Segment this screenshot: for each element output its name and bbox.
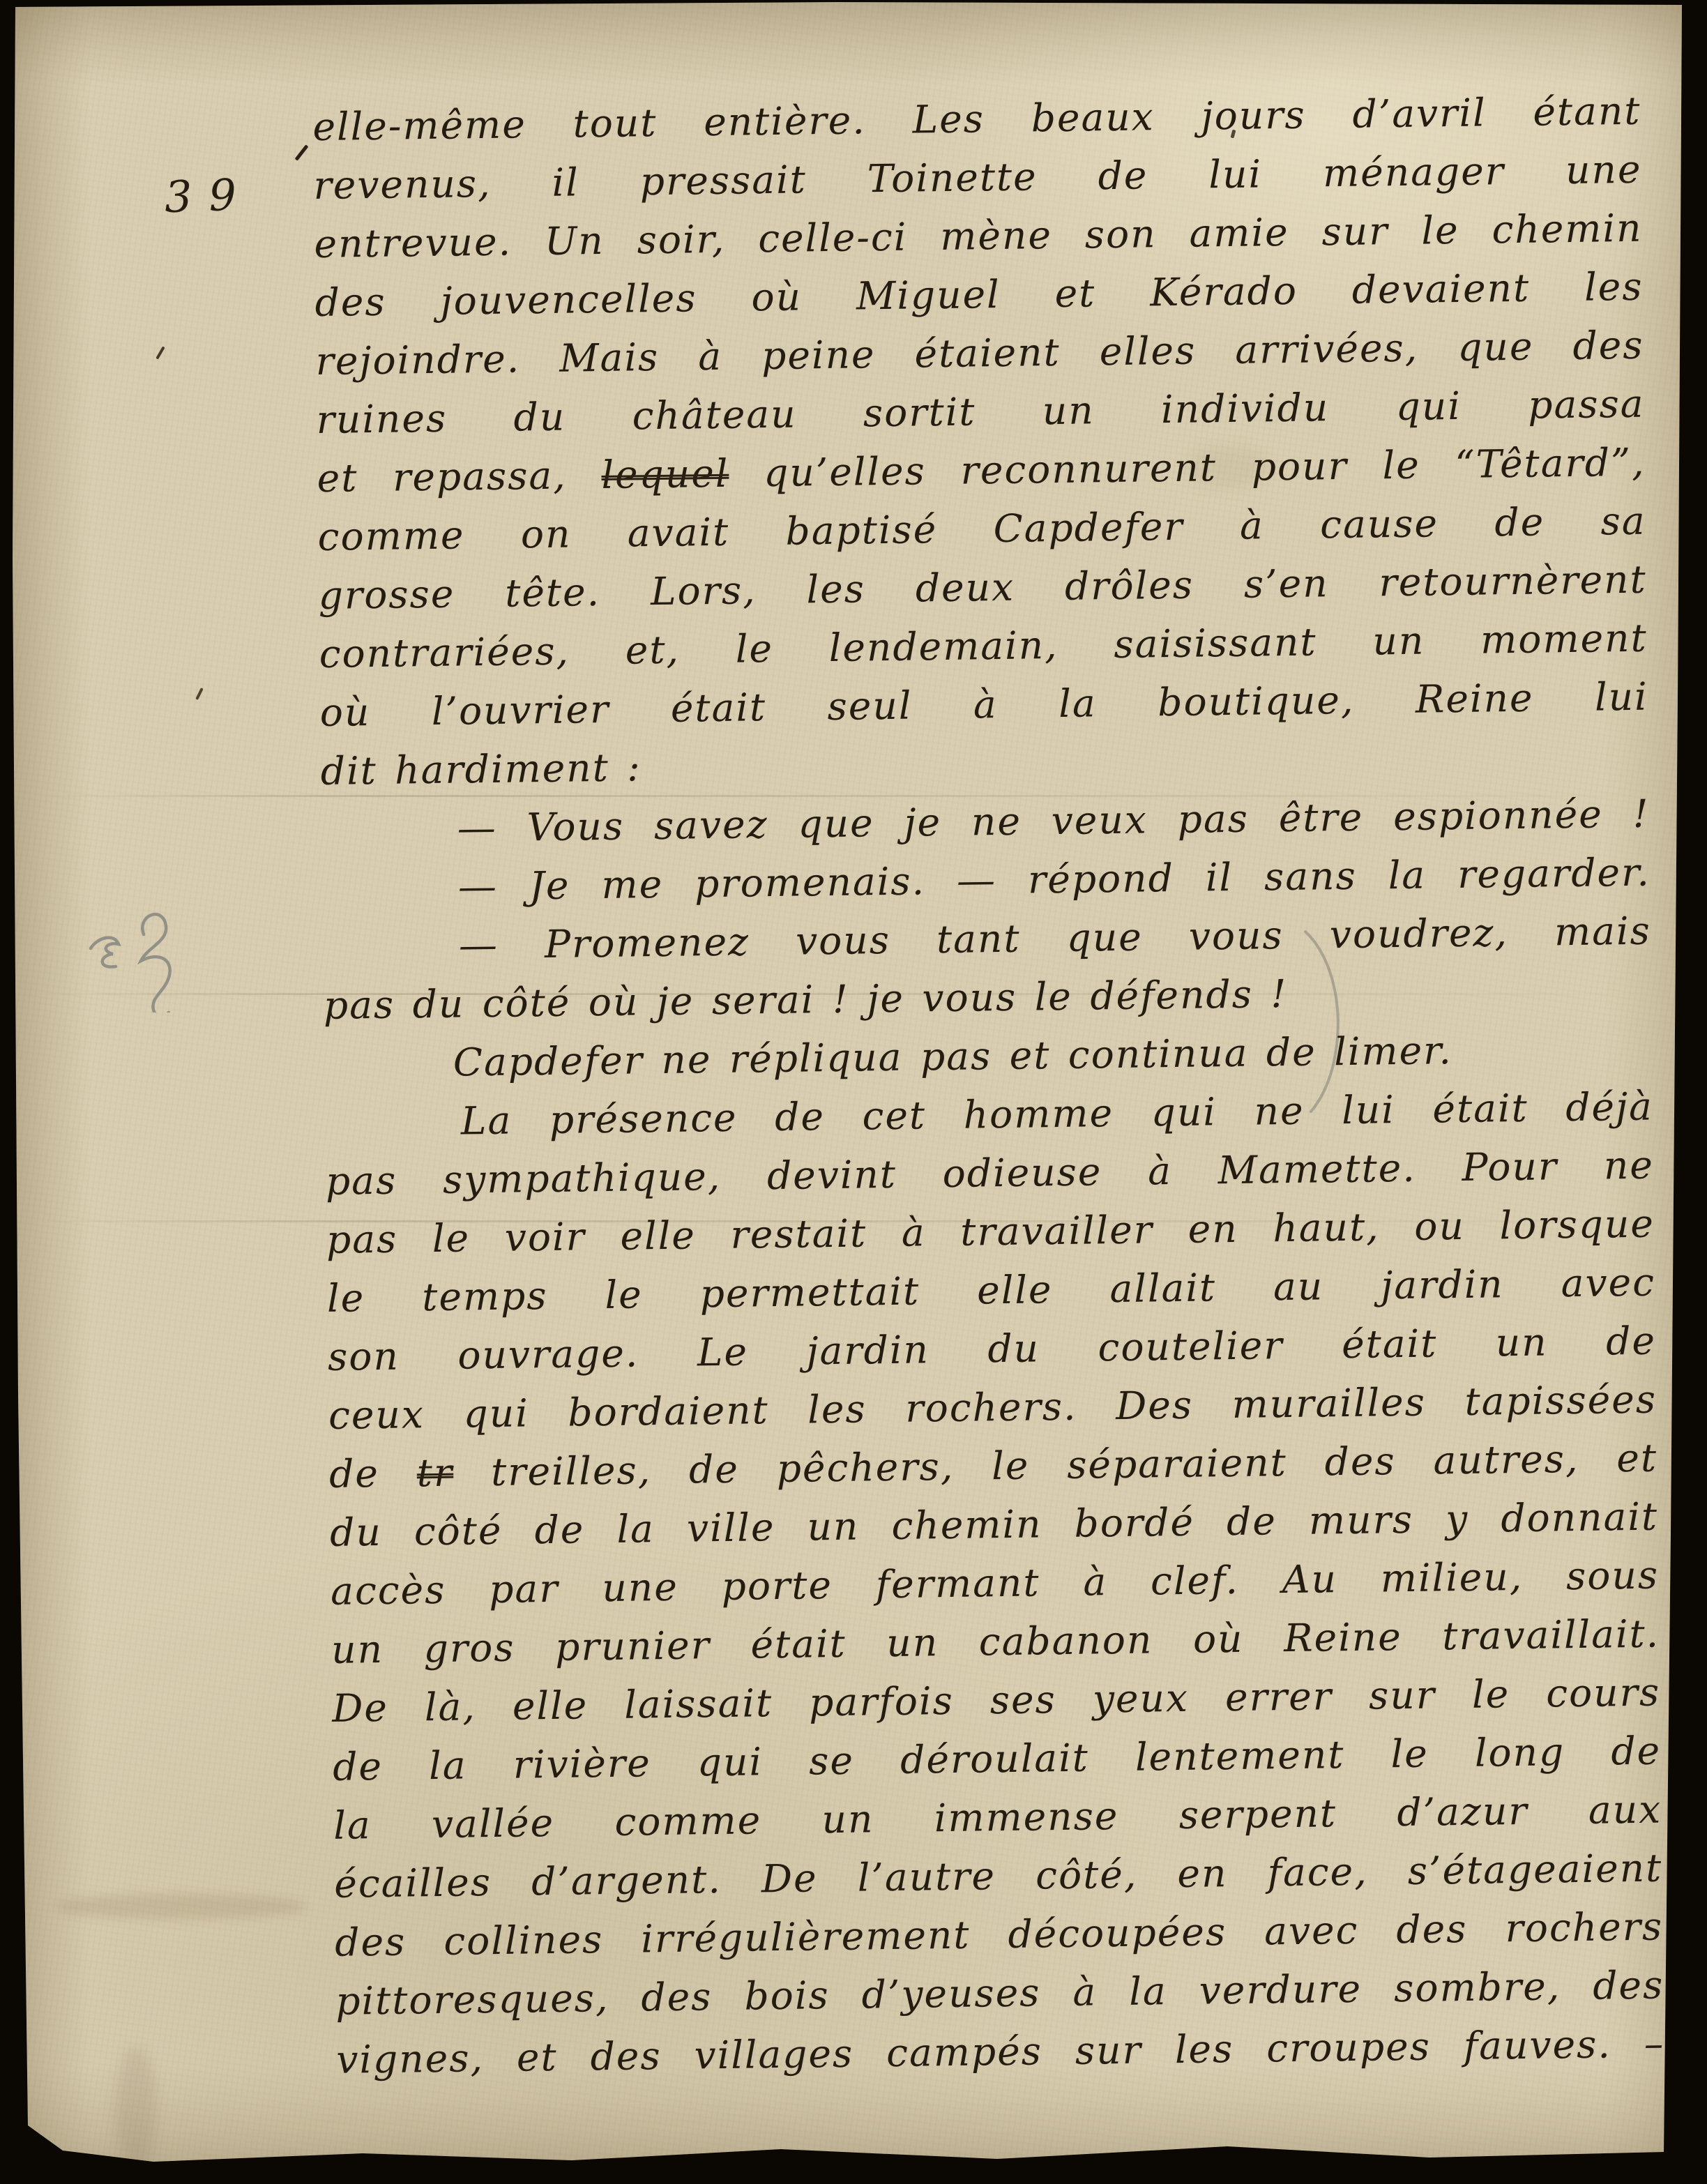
manuscript-page: 39 elle-même tout entière. Les beaux jou… <box>0 0 1707 2184</box>
text-segment: son ouvrage. Le jardin du coutelier étai… <box>328 1319 1657 1379</box>
text-segment: — Je me promenais. — répond il sans la r… <box>457 850 1651 909</box>
text-segment: elle-même tout entière. Les beaux jours … <box>312 89 1641 149</box>
text-segment: La présence de cet homme qui ne lui étai… <box>461 1084 1654 1144</box>
text-segment: où l’ouvrier était seul à la boutique, R… <box>319 674 1648 735</box>
text-segment: des jouvencelles où Miguel et Kérado dev… <box>314 264 1644 325</box>
text-segment: pas sympathique, devint odieuse à Mamett… <box>326 1143 1655 1204</box>
text-segment: pas le voir elle restait à travailler en… <box>326 1201 1655 1262</box>
text-segment: De là, elle laissait parfois ses yeux er… <box>332 1670 1661 1731</box>
text-segment: dit hardiment : <box>320 745 642 794</box>
text-segment: du côté de la ville un chemin bordé de m… <box>330 1494 1659 1555</box>
text-segment: accès par une porte fermant à clef. Au m… <box>331 1553 1660 1614</box>
text-segment: de <box>329 1450 417 1496</box>
text-segment: grosse tête. Lors, les deux drôles s’en … <box>318 557 1647 618</box>
text-segment: de la rivière qui se déroulait lentement… <box>333 1729 1662 1789</box>
text-segment: pas du côté où je serai ! je vous le déf… <box>324 971 1288 1028</box>
manuscript-scan: 39 elle-même tout entière. Les beaux jou… <box>0 0 1707 2184</box>
page-number: 39 <box>164 173 254 219</box>
text-segment: rejoindre. Mais à peine étaient elles ar… <box>315 323 1644 384</box>
text-segment: pittoresques, des bois d’yeuses à la ver… <box>335 1963 1664 2024</box>
text-segment: le temps le permettait elle allait au ja… <box>327 1260 1656 1321</box>
scan-background: { "document": { "kind": "handwritten-man… <box>0 0 1707 2184</box>
ink-speck <box>195 688 203 700</box>
text-segment: vignes, et des villages campés sur les c… <box>336 2022 1665 2082</box>
text-segment: des collines irrégulièrement découpées a… <box>335 1904 1664 1965</box>
ink-speck <box>295 144 309 161</box>
text-segment: écailles d’argent. De l’autre côté, en f… <box>334 1846 1663 1906</box>
text-segment: — Vous savez que je ne veux pas être esp… <box>457 791 1650 851</box>
paper-stain <box>116 2047 156 2169</box>
text-segment: ruines du château sortit un individu qui… <box>316 381 1645 442</box>
pencil-scribble-mark <box>84 908 188 1013</box>
text-segment: la vallée comme un immense serpent d’azu… <box>333 1787 1662 1848</box>
ink-speck <box>155 346 165 359</box>
text-segment: ceux qui bordaient les rochers. Des mura… <box>328 1377 1657 1438</box>
text-segment: contrariées, et, le lendemain, saisissan… <box>319 616 1648 676</box>
text-segment: Capdefer ne répliqua pas et continua de … <box>453 1028 1453 1085</box>
paper-stain <box>56 1894 307 1919</box>
text-segment: qu’elles reconnurent pour le “Têtard”, <box>729 440 1646 496</box>
manuscript-text: elle-même tout entière. Les beaux jours … <box>312 82 1665 2089</box>
text-segment: et repassa, <box>317 453 602 501</box>
text-segment: entrevue. Un soir, celle-ci mène son ami… <box>314 206 1643 266</box>
struck-word: lequel <box>601 451 729 497</box>
text-segment: comme on avait baptisé Capdefer à cause … <box>317 499 1646 559</box>
struck-word: tr <box>416 1450 453 1496</box>
text-segment: un gros prunier était un cabanon où Rein… <box>331 1612 1660 1672</box>
text-segment: — Promenez vous tant que vous voudrez, m… <box>458 909 1651 968</box>
text-segment: revenus, il pressait Toinette de lui mén… <box>313 147 1642 208</box>
text-segment: treilles, de pêchers, le séparaient des … <box>453 1436 1658 1495</box>
